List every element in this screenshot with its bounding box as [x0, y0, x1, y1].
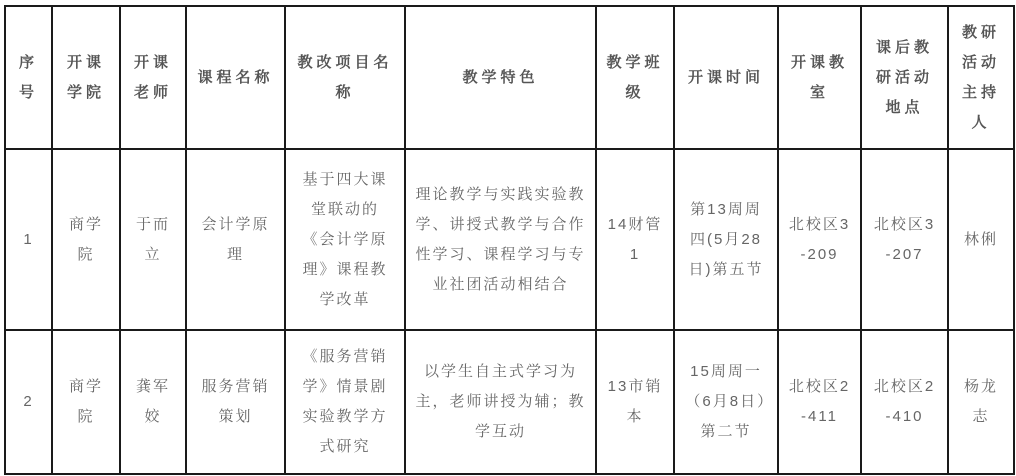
column-header-class: 教学班级 — [596, 6, 674, 149]
column-header-project-name: 教改项目名称 — [285, 6, 405, 149]
column-header-time: 开课时间 — [674, 6, 778, 149]
column-header-activity-location: 课后教研活动地点 — [861, 6, 948, 149]
cell-classroom: 北校区3-209 — [778, 149, 861, 330]
column-header-course-name: 课程名称 — [186, 6, 285, 149]
column-header-classroom: 开课教室 — [778, 6, 861, 149]
table-row: 2 商学院 龚军姣 服务营销策划 《服务营销学》情景剧实验教学方式研究 以学生自… — [5, 330, 1014, 474]
cell-classroom: 北校区2-411 — [778, 330, 861, 474]
column-header-college: 开课学院 — [52, 6, 120, 149]
cell-activity-host: 林俐 — [948, 149, 1014, 330]
cell-college: 商学院 — [52, 330, 120, 474]
cell-class: 13市销本 — [596, 330, 674, 474]
cell-seq: 1 — [5, 149, 52, 330]
cell-project-name: 基于四大课堂联动的《会计学原理》课程教学改革 — [285, 149, 405, 330]
course-schedule-table: 序号 开课学院 开课老师 课程名称 教改项目名称 教学特色 教学班级 开课时间 … — [4, 5, 1015, 475]
cell-college: 商学院 — [52, 149, 120, 330]
cell-time: 15周周一（6月8日）第二节 — [674, 330, 778, 474]
column-header-teacher: 开课老师 — [120, 6, 186, 149]
cell-teacher: 于而立 — [120, 149, 186, 330]
document-page: 序号 开课学院 开课老师 课程名称 教改项目名称 教学特色 教学班级 开课时间 … — [0, 0, 1016, 476]
cell-class: 14财管1 — [596, 149, 674, 330]
cell-teaching-features: 以学生自主式学习为主，老师讲授为辅；教学互动 — [405, 330, 596, 474]
cell-seq: 2 — [5, 330, 52, 474]
cell-time: 第13周周四(5月28日)第五节 — [674, 149, 778, 330]
cell-course-name: 会计学原理 — [186, 149, 285, 330]
cell-teacher: 龚军姣 — [120, 330, 186, 474]
table-header-row: 序号 开课学院 开课老师 课程名称 教改项目名称 教学特色 教学班级 开课时间 … — [5, 6, 1014, 149]
cell-activity-location: 北校区3-207 — [861, 149, 948, 330]
table-row: 1 商学院 于而立 会计学原理 基于四大课堂联动的《会计学原理》课程教学改革 理… — [5, 149, 1014, 330]
cell-activity-host: 杨龙志 — [948, 330, 1014, 474]
column-header-seq: 序号 — [5, 6, 52, 149]
cell-project-name: 《服务营销学》情景剧实验教学方式研究 — [285, 330, 405, 474]
cell-teaching-features: 理论教学与实践实验教学、讲授式教学与合作性学习、课程学习与专业社团活动相结合 — [405, 149, 596, 330]
cell-activity-location: 北校区2-410 — [861, 330, 948, 474]
cell-course-name: 服务营销策划 — [186, 330, 285, 474]
column-header-teaching-features: 教学特色 — [405, 6, 596, 149]
column-header-activity-host: 教研活动主持人 — [948, 6, 1014, 149]
